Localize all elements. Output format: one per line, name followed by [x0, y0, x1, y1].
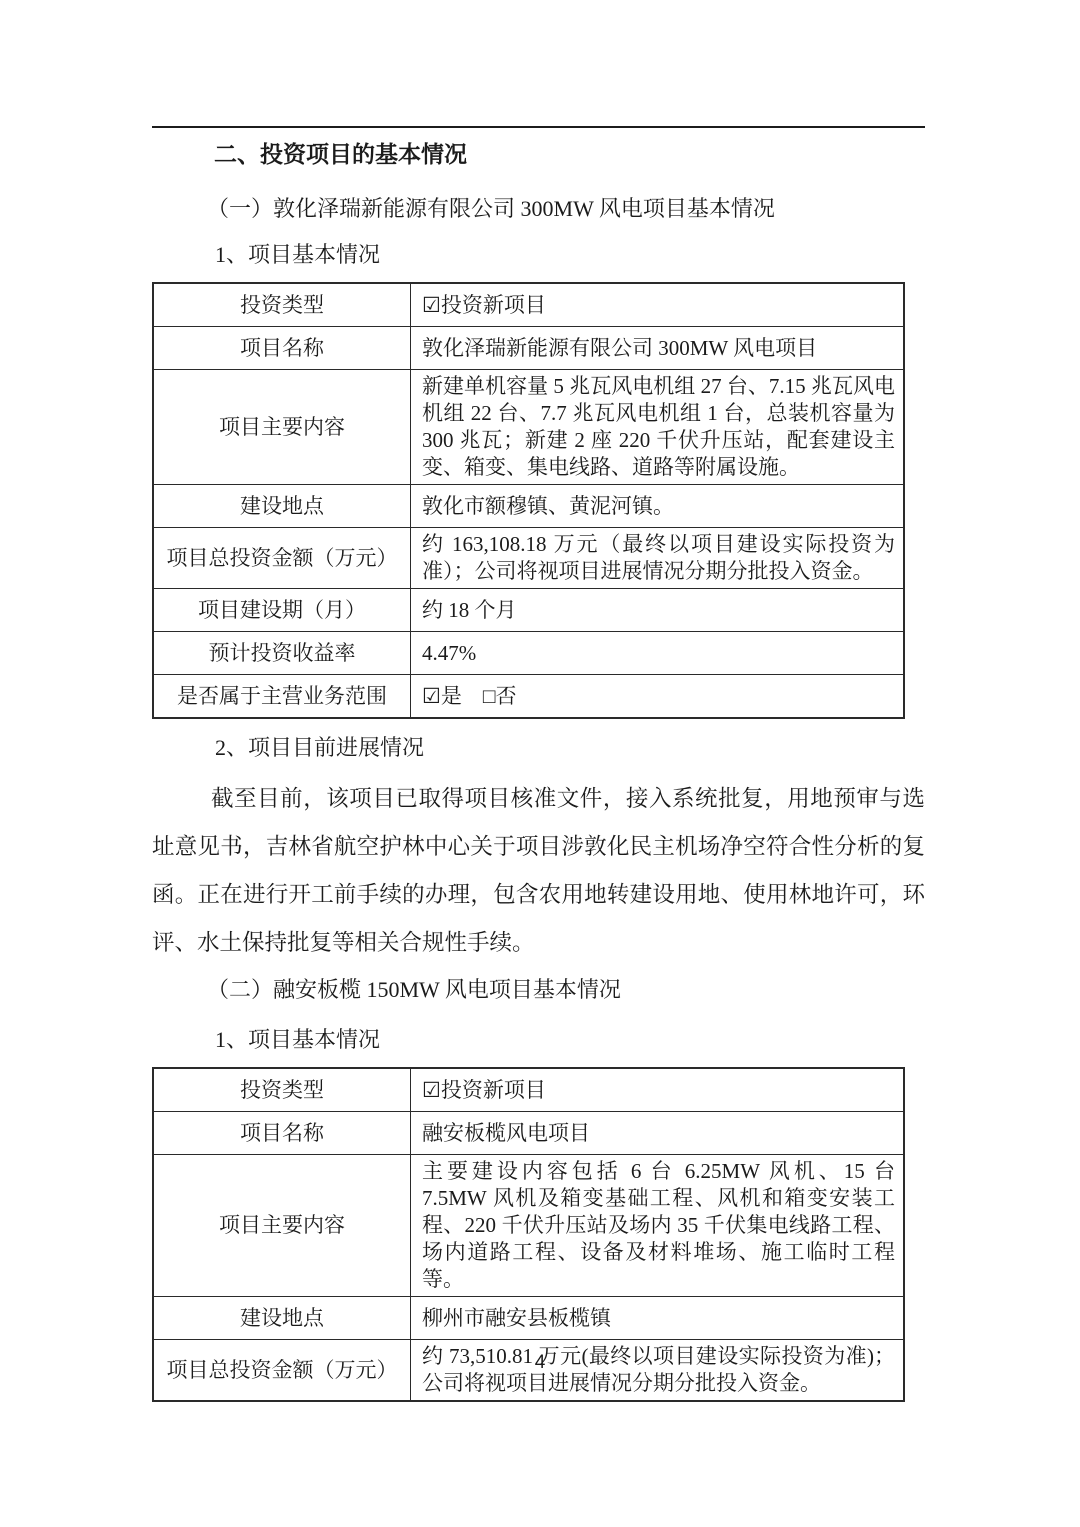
row-label: 项目名称: [153, 327, 411, 370]
row-value: 新建单机容量 5 兆瓦风电机组 27 台、7.15 兆瓦风电机组 22 台、7.…: [411, 370, 905, 485]
row-label: 项目建设期（月）: [153, 589, 411, 632]
table-row: 项目主要内容新建单机容量 5 兆瓦风电机组 27 台、7.15 兆瓦风电机组 2…: [153, 370, 904, 485]
document-page: 二、投资项目的基本情况 （一）敦化泽瑞新能源有限公司 300MW 风电项目基本情…: [0, 0, 1080, 1527]
row-value: ☑是 □否: [411, 675, 905, 719]
subsection-2-item-1: 1、项目基本情况: [215, 1025, 925, 1055]
header-rule: [152, 126, 925, 128]
row-label: 投资类型: [153, 1068, 411, 1112]
subsection-1-item-2: 2、项目目前进展情况: [215, 733, 925, 763]
row-label: 项目主要内容: [153, 1155, 411, 1297]
table-row: 投资类型☑投资新项目: [153, 283, 904, 327]
table-row: 项目名称敦化泽瑞新能源有限公司 300MW 风电项目: [153, 327, 904, 370]
row-value: 约 163,108.18 万元（最终以项目建设实际投资为准）；公司将视项目进展情…: [411, 528, 905, 589]
row-value: ☑投资新项目: [411, 283, 905, 327]
row-label: 项目总投资金额（万元）: [153, 528, 411, 589]
table-row: 项目建设期（月）约 18 个月: [153, 589, 904, 632]
row-value: 约 18 个月: [411, 589, 905, 632]
table-row: 投资类型☑投资新项目: [153, 1068, 904, 1112]
table-row: 预计投资收益率4.47%: [153, 632, 904, 675]
project-1-table: 投资类型☑投资新项目项目名称敦化泽瑞新能源有限公司 300MW 风电项目项目主要…: [152, 282, 905, 719]
row-label: 是否属于主营业务范围: [153, 675, 411, 719]
row-label: 项目名称: [153, 1112, 411, 1155]
progress-paragraph: 截至目前，该项目已取得项目核准文件，接入系统批复，用地预审与选址意见书，吉林省航…: [152, 775, 925, 967]
table-row: 建设地点敦化市额穆镇、黄泥河镇。: [153, 485, 904, 528]
row-value: 融安板榄风电项目: [411, 1112, 905, 1155]
table-row: 项目名称融安板榄风电项目: [153, 1112, 904, 1155]
table-row: 建设地点柳州市融安县板榄镇: [153, 1297, 904, 1340]
row-label: 预计投资收益率: [153, 632, 411, 675]
subsection-1-item-1: 1、项目基本情况: [215, 240, 925, 270]
row-value: ☑投资新项目: [411, 1068, 905, 1112]
table-row: 是否属于主营业务范围☑是 □否: [153, 675, 904, 719]
row-value: 敦化泽瑞新能源有限公司 300MW 风电项目: [411, 327, 905, 370]
row-label: 建设地点: [153, 1297, 411, 1340]
row-label: 项目主要内容: [153, 370, 411, 485]
table-row: 项目主要内容主要建设内容包括 6 台 6.25MW 风机、15 台 7.5MW …: [153, 1155, 904, 1297]
subsection-1-title: （一）敦化泽瑞新能源有限公司 300MW 风电项目基本情况: [207, 194, 925, 224]
row-value: 敦化市额穆镇、黄泥河镇。: [411, 485, 905, 528]
section-heading: 二、投资项目的基本情况: [214, 140, 925, 170]
row-label: 建设地点: [153, 485, 411, 528]
subsection-2-title: （二）融安板榄 150MW 风电项目基本情况: [207, 975, 925, 1005]
document-content: 二、投资项目的基本情况 （一）敦化泽瑞新能源有限公司 300MW 风电项目基本情…: [152, 126, 925, 1402]
row-value: 主要建设内容包括 6 台 6.25MW 风机、15 台 7.5MW 风机及箱变基…: [411, 1155, 905, 1297]
table-row: 项目总投资金额（万元）约 163,108.18 万元（最终以项目建设实际投资为准…: [153, 528, 904, 589]
row-value: 4.47%: [411, 632, 905, 675]
page-number: 4: [0, 1352, 1080, 1374]
row-label: 投资类型: [153, 283, 411, 327]
row-value: 柳州市融安县板榄镇: [411, 1297, 905, 1340]
